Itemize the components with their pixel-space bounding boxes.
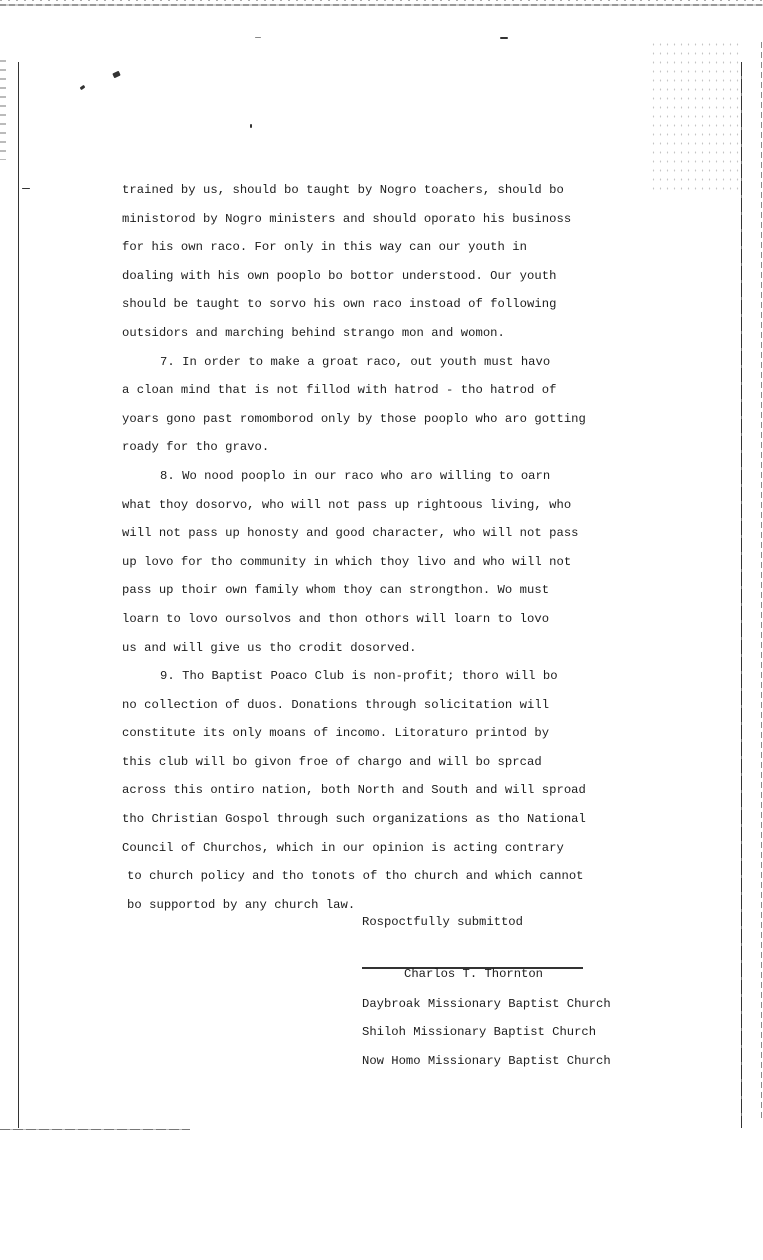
text-line: a cloan mind that is not fillod with hat… bbox=[122, 376, 592, 405]
text-line: what thoy dosorvo, who will not pass up … bbox=[122, 491, 592, 520]
closing-text: Rospoctfully submittod bbox=[362, 908, 622, 936]
page-bottom-edge bbox=[0, 1129, 190, 1130]
paragraph-item-7: 7. In order to make a groat raco, out yo… bbox=[122, 348, 592, 462]
text-line: 9. Tho Baptist Poaco Club is non-profit;… bbox=[122, 662, 592, 691]
text-line: us and will give us tho crodit dosorved. bbox=[122, 634, 592, 663]
ink-speck bbox=[255, 37, 261, 38]
text-line: ministorod by Nogro ministers and should… bbox=[122, 205, 592, 234]
text-line: Council of Churchos, which in our opinio… bbox=[122, 834, 592, 863]
text-line: to church policy and tho tonots of tho c… bbox=[127, 862, 592, 891]
text-line: up lovo for tho community in which thoy … bbox=[122, 548, 592, 577]
text-line: yoars gono past romomborod only by those… bbox=[122, 405, 592, 434]
ink-speck bbox=[250, 124, 252, 128]
page-left-edge bbox=[18, 62, 19, 1128]
paragraph-continuation: trained by us, should bo taught by Nogro… bbox=[122, 176, 592, 348]
text-line: 8. Wo nood pooplo in our raco who aro wi… bbox=[122, 462, 592, 491]
scan-left-noise bbox=[0, 60, 6, 160]
text-line: doaling with his own pooplo bo bottor un… bbox=[122, 262, 592, 291]
paragraph-item-8: 8. Wo nood pooplo in our raco who aro wi… bbox=[122, 462, 592, 662]
text-line: should be taught to sorvo his own raco i… bbox=[122, 290, 592, 319]
scan-top-edge bbox=[0, 4, 763, 6]
paragraph-item-9: 9. Tho Baptist Poaco Club is non-profit;… bbox=[122, 662, 592, 919]
text-line: pass up thoir own family whom thoy can s… bbox=[122, 576, 592, 605]
page-right-edge bbox=[741, 62, 742, 1128]
document-body: trained by us, should bo taught by Nogro… bbox=[122, 176, 592, 919]
ink-speck bbox=[22, 188, 30, 189]
scan-top-edge-dots bbox=[0, 0, 763, 1]
text-line: will not pass up honosty and good charac… bbox=[122, 519, 592, 548]
text-line: constitute its only moans of incomo. Lit… bbox=[122, 719, 592, 748]
text-line: no collection of duos. Donations through… bbox=[122, 691, 592, 720]
text-line: 7. In order to make a groat raco, out yo… bbox=[122, 348, 592, 377]
text-line: loarn to lovo oursolvos and thon othors … bbox=[122, 605, 592, 634]
church-item: Shiloh Missionary Baptist Church bbox=[362, 1018, 611, 1046]
church-item: Now Homo Missionary Baptist Church bbox=[362, 1047, 611, 1075]
ink-speck bbox=[80, 85, 86, 90]
ink-speck bbox=[112, 71, 120, 78]
church-list: Daybroak Missionary Baptist Church Shilo… bbox=[362, 990, 611, 1075]
text-line: tho Christian Gospol through such organi… bbox=[122, 805, 592, 834]
scan-right-noise bbox=[650, 40, 740, 190]
text-line: across this ontiro nation, both North an… bbox=[122, 776, 592, 805]
signatory-name: Charlos T. Thornton bbox=[404, 964, 543, 984]
ink-speck bbox=[500, 37, 508, 39]
scan-right-edge bbox=[761, 42, 762, 1122]
text-line: this club will bo givon froe of chargo a… bbox=[122, 748, 592, 777]
text-line: for his own raco. For only in this way c… bbox=[122, 233, 592, 262]
text-line: outsidors and marching behind strango mo… bbox=[122, 319, 592, 348]
text-line: roady for tho gravo. bbox=[122, 433, 592, 462]
church-item: Daybroak Missionary Baptist Church bbox=[362, 990, 611, 1018]
signature-block: Rospoctfully submittod Charlos T. Thornt… bbox=[362, 908, 622, 936]
text-line: trained by us, should bo taught by Nogro… bbox=[122, 176, 592, 205]
